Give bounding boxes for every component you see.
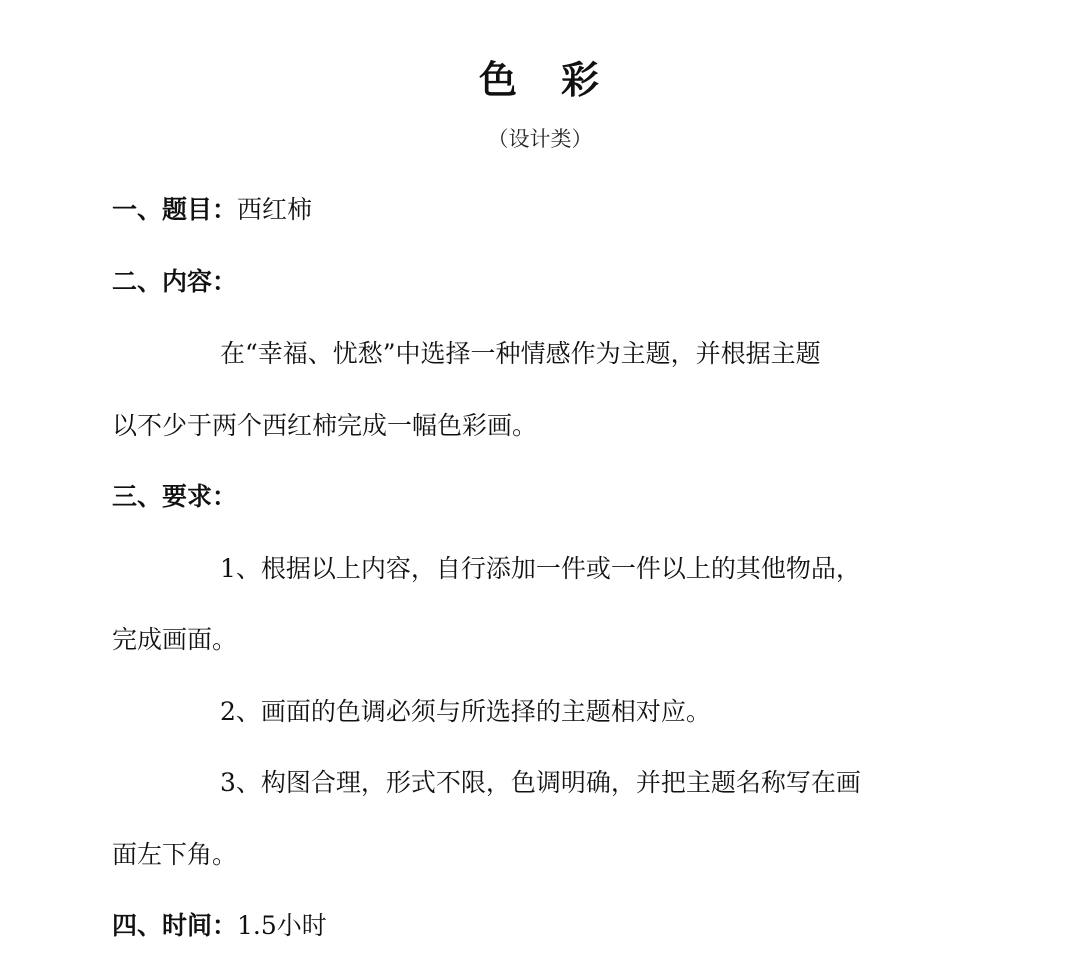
content-paragraph-line-1: 在“幸福、忧愁”中选择一种情感作为主题，并根据主题	[220, 336, 821, 372]
section-time-label: 四、时间：	[112, 911, 237, 940]
requirement-3-line-2: 面左下角。	[112, 837, 237, 873]
document-title: 色彩	[0, 52, 1080, 108]
section-topic-label: 一、题目：	[112, 195, 237, 224]
title-char-1: 色	[479, 57, 519, 102]
requirement-2-line-1: 2、画面的色调必须与所选择的主题相对应。	[220, 694, 711, 730]
section-topic: 一、题目：西红柿	[112, 192, 312, 228]
section-time: 四、时间：1.5小时	[112, 908, 327, 944]
requirement-3-line-1: 3、构图合理，形式不限，色调明确，并把主题名称写在画	[220, 765, 861, 801]
section-content-label: 二、内容：	[112, 264, 237, 300]
section-requirements-label: 三、要求：	[112, 479, 237, 515]
requirement-1-line-2: 完成画面。	[112, 622, 237, 658]
section-time-value: 1.5小时	[237, 911, 327, 940]
requirement-1-line-1: 1、根据以上内容，自行添加一件或一件以上的其他物品，	[220, 551, 861, 587]
title-char-2: 彩	[561, 57, 601, 102]
document-subtitle: （设计类）	[0, 124, 1080, 154]
content-paragraph-line-2: 以不少于两个西红柿完成一幅色彩画。	[112, 408, 537, 444]
section-topic-value: 西红柿	[237, 195, 312, 224]
